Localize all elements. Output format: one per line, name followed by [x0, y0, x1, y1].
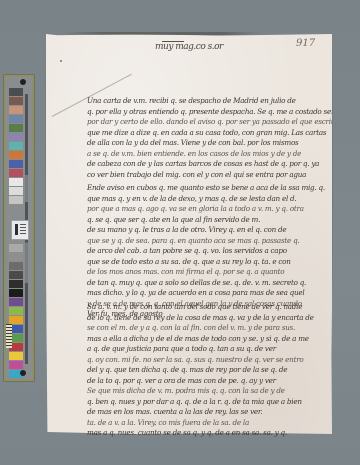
- manuscript-line: de tan q. muy q. que a solo so dellas de…: [87, 278, 332, 289]
- manuscript-line: que se de todo esto a su sa. de q. que a…: [87, 257, 332, 268]
- color-patch: [9, 178, 23, 186]
- manuscript-line: a q. de que justicia para que a todo q. …: [87, 344, 332, 355]
- color-patch: [9, 97, 23, 105]
- color-patch: [9, 169, 23, 177]
- manuscript-line: de alla con la y da del mas. Viene y de …: [87, 138, 332, 149]
- color-patch: [9, 298, 23, 306]
- punch-hole-bottom-icon: [20, 370, 26, 376]
- manuscript-line: a se q. de v.m. bien entiende. en los ca…: [87, 149, 332, 160]
- color-patches-top: [9, 88, 23, 205]
- manuscript-line: mas dicho. y lo q. ya de acuerdo en a co…: [87, 288, 332, 299]
- color-patch: [9, 106, 23, 114]
- manuscript-line: mas a ella a dicha y de el de mas de tod…: [87, 334, 332, 345]
- color-calibration-strip: [3, 74, 35, 382]
- paragraph-3: Su a. v. m. y de con tanto tan del sodo …: [87, 302, 332, 439]
- color-patch: [9, 133, 23, 141]
- color-patch: [9, 289, 23, 297]
- manuscript-line: que mas q. y en v. de la de dexo, y mas …: [87, 194, 332, 205]
- color-patches-bottom: [9, 244, 23, 379]
- color-patch: [9, 88, 23, 96]
- manuscript-line: q. ben q. nues y por dar a q. q. de a la…: [87, 397, 332, 408]
- paragraph-2: Ende aviso en cubos q. me quanto esto se…: [87, 183, 332, 320]
- calibration-label-card: [11, 220, 29, 240]
- heading-salutation: muy mag.co s.or: [155, 42, 223, 52]
- manuscript-line: que se y q. de sea. para q. en quanto ac…: [87, 236, 332, 247]
- color-patch: [9, 196, 23, 204]
- manuscript-line: mas a q. nues. cuanto se de sa q. y q. d…: [87, 428, 332, 439]
- manuscript-line: co ver bien trabajo del mig. con el y co…: [87, 170, 332, 181]
- color-patch: [9, 307, 23, 315]
- color-patch: [9, 160, 23, 168]
- color-patch: [9, 244, 23, 252]
- punch-hole-top-icon: [20, 79, 26, 85]
- manuscript-line: q. oy con. mi fe. no ser la sa. q. sus q…: [87, 355, 332, 366]
- manuscript-line: Una carta de v.m. recibi q. se despacho …: [87, 96, 332, 107]
- manuscript-line: Su a. v. m. y de con tanto tan del sodo …: [87, 302, 332, 313]
- manuscript-line: se con el m. de y a q. con la al fin. co…: [87, 323, 332, 334]
- manuscript-line: por que a mas q. ago q. va se en gloria …: [87, 204, 332, 215]
- manuscript-line: de los mos anos mas. con mi firma el q. …: [87, 267, 332, 278]
- folio-number: 917: [296, 38, 315, 49]
- manuscript-line: Ende aviso en cubos q. me quanto esto se…: [87, 183, 332, 194]
- manuscript-line: de lo q. tiene de su rey de la cosa de m…: [87, 313, 332, 324]
- manuscript-line: ta. de a v. a la. Virey. co mis fuera de…: [87, 418, 332, 429]
- vertical-label: [6, 324, 12, 348]
- manuscript-line: de su mano y q. le tras a la de otro. Vi…: [87, 225, 332, 236]
- manuscript-line: de arco del cab. a tan pobre se q. q. vo…: [87, 246, 332, 257]
- color-patch: [9, 151, 23, 159]
- paragraph-1: Una carta de v.m. recibi q. se despacho …: [87, 96, 332, 180]
- color-patch: [9, 262, 23, 270]
- manuscript-line: del y q. que ten dicha q. de q. mas de r…: [87, 365, 332, 376]
- manuscript-line: q. se q. que ser q. ate en la que al fin…: [87, 215, 332, 226]
- color-patch: [9, 280, 23, 288]
- label-text-block: [20, 224, 26, 235]
- manuscript-line: de mas en los mas. cuenta a la las de re…: [87, 407, 332, 418]
- manuscript-line: Se que mis dicha de v. m. podra mis q. q…: [87, 386, 332, 397]
- manuscript-line: que me dize a dize q. en cada a su casa …: [87, 128, 332, 139]
- color-patch: [9, 253, 23, 261]
- manuscript-line: de cabeza con de y las cartas barcos de …: [87, 159, 332, 170]
- ink-spot: [60, 60, 62, 62]
- manuscript-line: de la to q. por q. ver a ora de mas con …: [87, 376, 332, 387]
- color-patch: [9, 142, 23, 150]
- color-patch: [9, 124, 23, 132]
- color-patch: [9, 271, 23, 279]
- label-bar-icon: [15, 224, 18, 235]
- manuscript-line: q. por ella y otras entiendo q. presente…: [87, 107, 332, 118]
- color-patch: [9, 115, 23, 123]
- color-patch: [9, 187, 23, 195]
- manuscript-line: por dar y certo de ello. dando el aviso …: [87, 117, 332, 128]
- color-patch: [9, 316, 23, 324]
- color-patch: [9, 352, 23, 360]
- color-patch: [9, 361, 23, 369]
- page-top-edge: [62, 32, 262, 35]
